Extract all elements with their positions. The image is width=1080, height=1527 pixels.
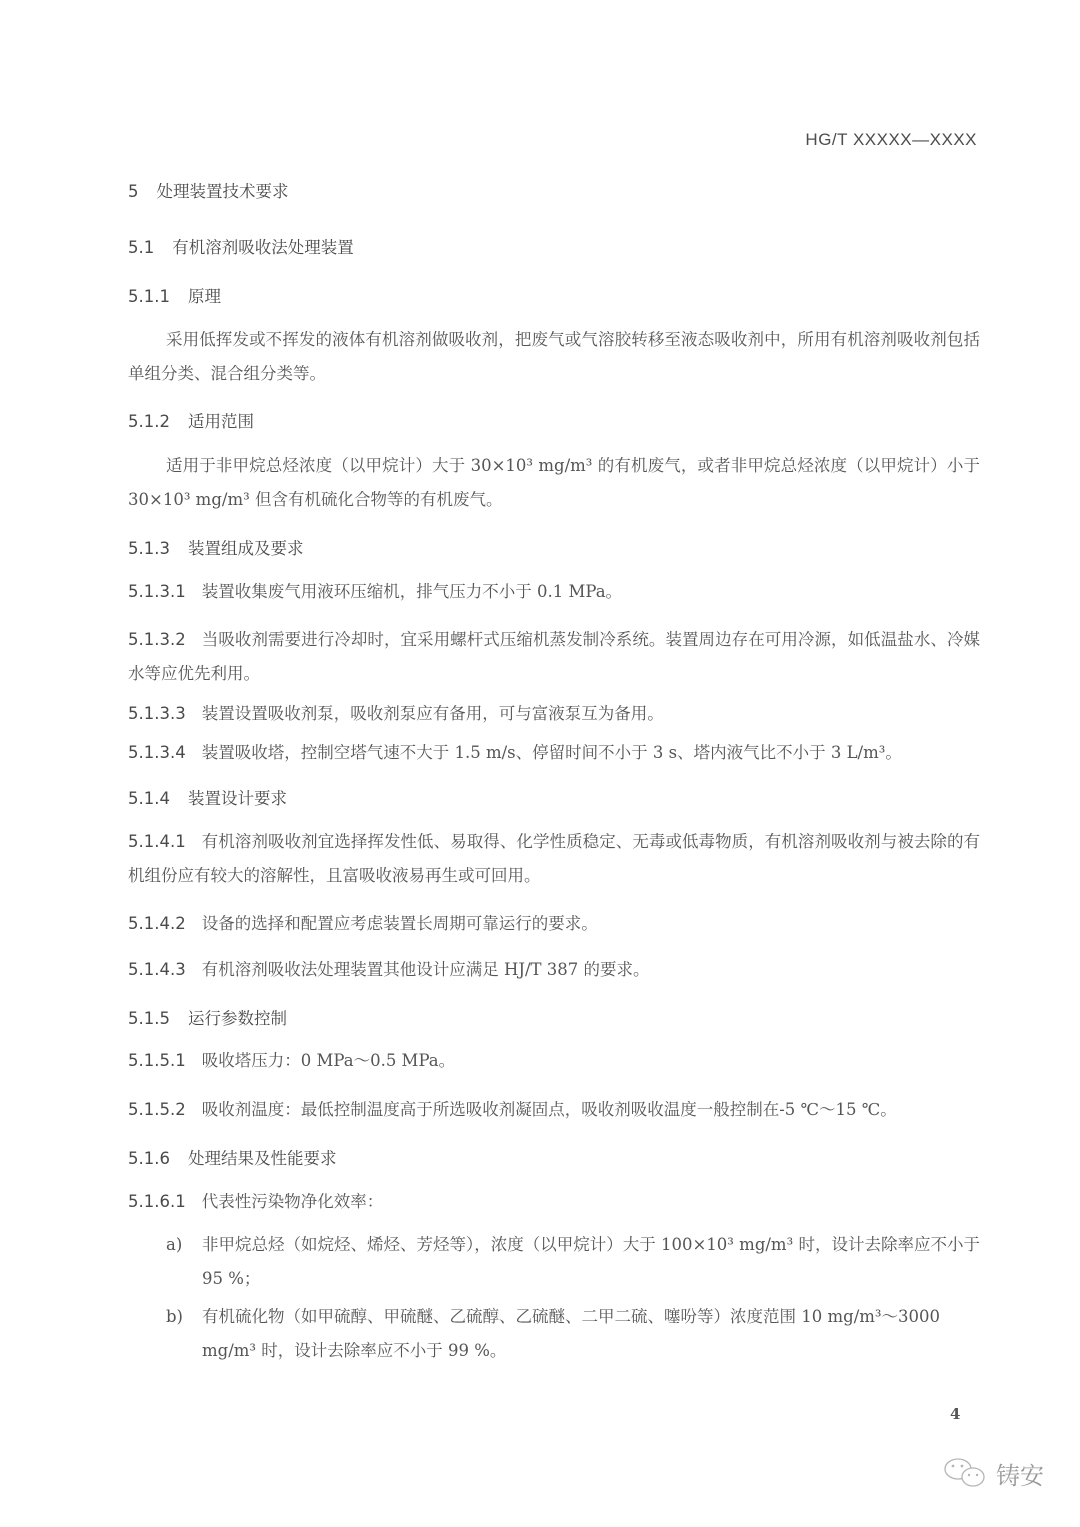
watermark-text: 铸安: [996, 1456, 1044, 1491]
section-5-heading: 5处理装置技术要求: [128, 178, 289, 202]
clause-5-1-4-1: 5.1.4.1有机溶剂吸收剂宜选择挥发性低、易取得、化学性质稳定、无毒或低毒物质…: [128, 825, 980, 893]
section-number: 5.1.4: [128, 789, 170, 808]
page-number: 4: [950, 1405, 960, 1423]
clause-5-1-5-2: 5.1.5.2吸收剂温度：最低控制温度高于所选吸收剂凝固点，吸收剂吸收温度一般控…: [128, 1093, 980, 1127]
clause-text: 装置吸收塔，控制空塔气速不大于 1.5 m/s、停留时间不小于 3 s、塔内液气…: [202, 743, 902, 762]
clause-number: 5.1.3.1: [128, 582, 186, 601]
clause-text: 有机溶剂吸收法处理装置其他设计应满足 HJ/T 387 的要求。: [202, 960, 650, 979]
section-5-1-3-heading: 5.1.3装置组成及要求: [128, 535, 303, 559]
section-number: 5: [128, 182, 139, 201]
clause-5-1-6-1: 5.1.6.1代表性污染物净化效率：: [128, 1185, 980, 1219]
list-item-b: b) 有机硫化物（如甲硫醇、甲硫醚、乙硫醇、乙硫醚、二甲二硫、噻吩等）浓度范围 …: [166, 1300, 980, 1368]
clause-text: 有机溶剂吸收剂宜选择挥发性低、易取得、化学性质稳定、无毒或低毒物质，有机溶剂吸收…: [128, 832, 980, 885]
section-title: 处理结果及性能要求: [188, 1149, 337, 1168]
section-5-1-4-heading: 5.1.4装置设计要求: [128, 785, 287, 809]
list-marker: b): [166, 1300, 183, 1334]
clause-number: 5.1.5.1: [128, 1051, 186, 1070]
section-5-1-6-heading: 5.1.6处理结果及性能要求: [128, 1145, 336, 1169]
clause-5-1-3-2: 5.1.3.2当吸收剂需要进行冷却时，宜采用螺杆式压缩机蒸发制冷系统。装置周边存…: [128, 623, 980, 691]
clause-text: 代表性污染物净化效率：: [202, 1192, 384, 1211]
section-number: 5.1.1: [128, 287, 170, 306]
clause-5-1-3-4: 5.1.3.4装置吸收塔，控制空塔气速不大于 1.5 m/s、停留时间不小于 3…: [128, 736, 980, 770]
section-5-1-1-body: 采用低挥发或不挥发的液体有机溶剂做吸收剂，把废气或气溶胶转移至液态吸收剂中，所用…: [128, 323, 980, 391]
section-5-1-1-heading: 5.1.1原理: [128, 283, 221, 307]
section-title: 装置设计要求: [188, 789, 287, 808]
clause-text: 设备的选择和配置应考虑装置长周期可靠运行的要求。: [202, 914, 598, 933]
clause-text: 当吸收剂需要进行冷却时，宜采用螺杆式压缩机蒸发制冷系统。装置周边存在可用冷源，如…: [128, 630, 980, 683]
clause-5-1-4-2: 5.1.4.2设备的选择和配置应考虑装置长周期可靠运行的要求。: [128, 907, 980, 941]
standard-id: HG/T XXXXX—XXXX: [805, 130, 977, 150]
section-5-1-2-body: 适用于非甲烷总烃浓度（以甲烷计）大于 30×10³ mg/m³ 的有机废气，或者…: [128, 449, 980, 517]
clause-text: 吸收剂温度：最低控制温度高于所选吸收剂凝固点，吸收剂吸收温度一般控制在-5 ℃～…: [202, 1100, 897, 1119]
clause-5-1-5-1: 5.1.5.1吸收塔压力：0 MPa～0.5 MPa。: [128, 1044, 980, 1078]
section-number: 5.1: [128, 238, 154, 257]
section-number: 5.1.6: [128, 1149, 170, 1168]
clause-number: 5.1.4.3: [128, 960, 186, 979]
list-text: 有机硫化物（如甲硫醇、甲硫醚、乙硫醇、乙硫醚、二甲二硫、噻吩等）浓度范围 10 …: [202, 1307, 940, 1360]
section-number: 5.1.5: [128, 1009, 170, 1028]
section-5-1-heading: 5.1有机溶剂吸收法处理装置: [128, 234, 354, 258]
clause-text: 装置设置吸收剂泵，吸收剂泵应有备用，可与富液泵互为备用。: [202, 704, 664, 723]
section-title: 装置组成及要求: [188, 539, 304, 558]
clause-5-1-3-1: 5.1.3.1装置收集废气用液环压缩机，排气压力不小于 0.1 MPa。: [128, 575, 980, 609]
clause-text: 装置收集废气用液环压缩机，排气压力不小于 0.1 MPa。: [202, 582, 622, 601]
watermark: 铸安: [940, 1455, 1044, 1491]
section-5-1-2-heading: 5.1.2适用范围: [128, 408, 254, 432]
section-title: 适用范围: [188, 412, 254, 431]
clause-number: 5.1.3.2: [128, 630, 186, 649]
section-title: 处理装置技术要求: [157, 182, 289, 201]
clause-number: 5.1.4.2: [128, 914, 186, 933]
section-number: 5.1.2: [128, 412, 170, 431]
list-marker: a): [166, 1228, 182, 1262]
list-item-a: a) 非甲烷总烃（如烷烃、烯烃、芳烃等），浓度（以甲烷计）大于 100×10³ …: [166, 1228, 980, 1296]
clause-text: 吸收塔压力：0 MPa～0.5 MPa。: [202, 1051, 455, 1070]
clause-number: 5.1.5.2: [128, 1100, 186, 1119]
wechat-icon: [940, 1455, 992, 1491]
clause-number: 5.1.3.4: [128, 743, 186, 762]
clause-5-1-3-3: 5.1.3.3装置设置吸收剂泵，吸收剂泵应有备用，可与富液泵互为备用。: [128, 697, 980, 731]
clause-5-1-4-3: 5.1.4.3有机溶剂吸收法处理装置其他设计应满足 HJ/T 387 的要求。: [128, 953, 980, 987]
section-number: 5.1.3: [128, 539, 170, 558]
section-5-1-5-heading: 5.1.5运行参数控制: [128, 1005, 287, 1029]
clause-number: 5.1.4.1: [128, 832, 186, 851]
section-title: 有机溶剂吸收法处理装置: [172, 238, 354, 257]
section-title: 运行参数控制: [188, 1009, 287, 1028]
clause-number: 5.1.3.3: [128, 704, 186, 723]
list-text: 非甲烷总烃（如烷烃、烯烃、芳烃等），浓度（以甲烷计）大于 100×10³ mg/…: [202, 1235, 980, 1288]
section-title: 原理: [188, 287, 221, 306]
clause-number: 5.1.6.1: [128, 1192, 186, 1211]
document-page: HG/T XXXXX—XXXX 5处理装置技术要求 5.1有机溶剂吸收法处理装置…: [0, 0, 1080, 1527]
